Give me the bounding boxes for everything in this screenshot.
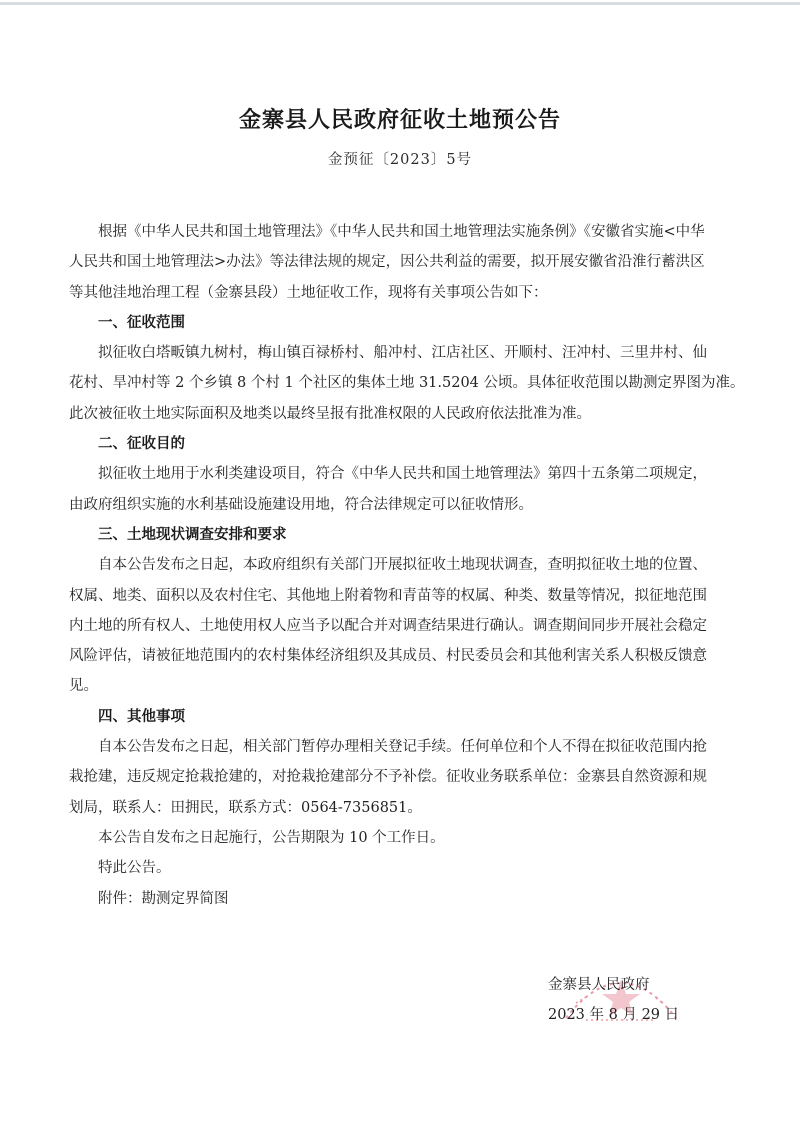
section-purpose-paragraph: 拟征收土地用于水利类建设项目，符合《中华人民共和国土地管理法》第四十五条第二项规… (69, 459, 749, 520)
issuer-name: 金寨县人民政府 (548, 970, 728, 1000)
text-line: 见。 (40, 671, 749, 701)
text-line: 风险评估，请被征地范围内的农村集体经济组织及其成员、村民委员会和其他利害关系人积… (40, 641, 749, 671)
intro-line: 人民共和国土地管理法>办法》等法律法规的规定，因公共利益的需要，拟开展安徽省沿淮… (40, 247, 749, 277)
intro-paragraph: 根据《中华人民共和国土地管理法》《中华人民共和国土地管理法实施条例》《安徽省实施… (69, 217, 749, 308)
attachment-line: 附件：勘测定界简图 (69, 884, 749, 914)
text-line: 花村、旱冲村等 2 个乡镇 8 个村 1 个社区的集体土地 31.5204 公顷… (40, 368, 749, 398)
text-line: 自本公告发布之日起，相关部门暂停办理相关登记手续。任何单位和个人不得在拟征收范围… (69, 732, 749, 762)
closing-notice: 特此公告。 (69, 853, 749, 883)
text-line: 栽抢建，违反规定抢栽抢建的，对抢栽抢建部分不予补偿。征收业务联系单位：金寨县自然… (40, 762, 749, 792)
text-line: 拟征收土地用于水利类建设项目，符合《中华人民共和国土地管理法》第四十五条第二项规… (69, 459, 749, 489)
text-line: 自本公告发布之日起，本政府组织有关部门开展拟征收土地现状调查，查明拟征收土地的位… (69, 550, 749, 580)
top-border (0, 2, 800, 5)
text-line: 由政府组织实施的水利基础设施建设用地，符合法律规定可以征收情形。 (40, 490, 749, 520)
section-survey-paragraph: 自本公告发布之日起，本政府组织有关部门开展拟征收土地现状调查，查明拟征收土地的位… (69, 550, 749, 701)
section-scope-paragraph: 拟征收白塔畈镇九树村，梅山镇百禄桥村、船冲村、江店社区、开顺村、汪冲村、三里井村… (69, 338, 749, 429)
document-page: 金寨县人民政府征收土地预公告 金预征〔2023〕5号 根据《中华人民共和国土地管… (0, 0, 800, 1131)
section-other-paragraph: 自本公告发布之日起，相关部门暂停办理相关登记手续。任何单位和个人不得在拟征收范围… (69, 732, 749, 823)
text-line: 划局，联系人：田拥民，联系方式：0564-7356851。 (40, 793, 749, 823)
issue-date: 2023 年 8 月 29 日 (548, 1000, 728, 1030)
signature-block: 金寨县人民政府 2023 年 8 月 29 日 (548, 970, 728, 1030)
closing-effective: 本公告自发布之日起施行，公告期限为 10 个工作日。 (69, 823, 749, 853)
intro-line: 根据《中华人民共和国土地管理法》《中华人民共和国土地管理法实施条例》《安徽省实施… (69, 217, 749, 247)
document-title: 金寨县人民政府征收土地预公告 (0, 103, 800, 134)
document-number: 金预征〔2023〕5号 (0, 148, 800, 169)
section-heading-survey: 三、土地现状调查安排和要求 (69, 520, 749, 550)
section-heading-purpose: 二、征收目的 (69, 429, 749, 459)
text-line: 拟征收白塔畈镇九树村，梅山镇百禄桥村、船冲村、江店社区、开顺村、汪冲村、三里井村… (69, 338, 749, 368)
section-heading-scope: 一、征收范围 (69, 308, 749, 338)
text-line: 内土地的所有权人、土地使用权人应当予以配合并对调查结果进行确认。调查期间同步开展… (40, 611, 749, 641)
document-body: 根据《中华人民共和国土地管理法》《中华人民共和国土地管理法实施条例》《安徽省实施… (69, 217, 749, 914)
text-line: 此次被征收土地实际面积及地类以最终呈报有批准权限的人民政府依法批准为准。 (40, 399, 749, 429)
intro-line: 等其他洼地治理工程（金寨县段）土地征收工作，现将有关事项公告如下： (40, 278, 749, 308)
section-heading-other: 四、其他事项 (69, 702, 749, 732)
text-line: 权属、地类、面积以及农村住宅、其他地上附着物和青苗等的权属、种类、数量等情况，拟… (40, 581, 749, 611)
